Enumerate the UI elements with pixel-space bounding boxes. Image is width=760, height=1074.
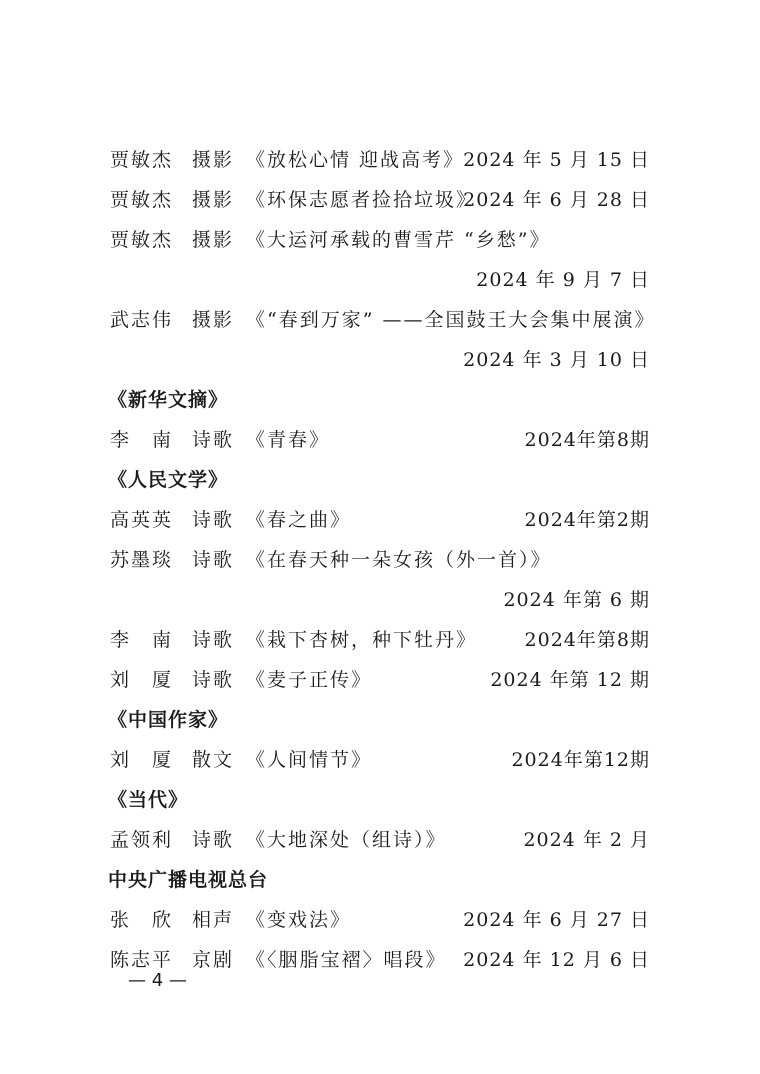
entry-date: 2024年第8期: [525, 626, 650, 654]
entry-date: 2024 年 3 月 10 日: [463, 346, 650, 374]
entry-author: 张 欣: [110, 906, 173, 934]
entry-genre: 诗歌: [192, 426, 234, 454]
entry-author: 高英英: [110, 506, 173, 534]
entry-date: 2024年第12期: [511, 746, 650, 774]
entry-row: 苏墨琰 诗歌 《在春天种一朵女孩（外一首）》: [110, 546, 650, 574]
entry-date: 2024年第8期: [525, 426, 650, 454]
entry-date: 2024 年 12 月 6 日: [463, 946, 650, 974]
entry-author: 贾敏杰: [110, 146, 173, 174]
entry-row: 贾敏杰 摄影 《放松心情 迎战高考》 2024 年 5 月 15 日: [110, 146, 650, 174]
entry-date: 2024年第2期: [525, 506, 650, 534]
entry-title: 《大运河承载的曹雪芹 “乡愁”》: [246, 226, 550, 254]
entry-genre: 诗歌: [192, 506, 234, 534]
entry-row: 高英英 诗歌 《春之曲》 2024年第2期: [110, 506, 650, 534]
entry-row: 刘 厦 诗歌 《麦子正传》 2024 年第 12 期: [110, 666, 650, 694]
entry-genre: 诗歌: [192, 546, 234, 574]
entry-author: 贾敏杰: [110, 186, 173, 214]
entry-row: 李 南 诗歌 《栽下杏树，种下牡丹》 2024年第8期: [110, 626, 650, 654]
section-heading: 《人民文学》: [108, 466, 228, 494]
entry-title: 《〈胭脂宝褶〉唱段》: [246, 946, 447, 974]
entry-genre: 摄影: [192, 186, 234, 214]
entry-author: 刘 厦: [110, 746, 173, 774]
entry-date: 2024 年第 12 期: [490, 666, 650, 694]
entry-date: 2024 年 2 月: [523, 826, 650, 854]
entry-title: 《在春天种一朵女孩（外一首）》: [246, 546, 552, 574]
entry-author: 苏墨琰: [110, 546, 173, 574]
page-number: — 4 —: [128, 968, 187, 994]
section-heading: 《当代》: [108, 786, 188, 814]
entry-genre: 散文: [192, 746, 234, 774]
entry-title: 《变戏法》: [246, 906, 351, 934]
entry-title: 《青春》: [246, 426, 330, 454]
entry-title: 《大地深处（组诗）》: [246, 826, 447, 854]
entry-title: 《春之曲》: [246, 506, 351, 534]
entry-author: 李 南: [110, 426, 173, 454]
section-heading: 中央广播电视总台: [108, 866, 268, 894]
entry-row: 贾敏杰 摄影 《大运河承载的曹雪芹 “乡愁”》: [110, 226, 650, 254]
entry-genre: 摄影: [192, 226, 234, 254]
section-heading: 《中国作家》: [108, 706, 228, 734]
section-heading: 《新华文摘》: [108, 386, 228, 414]
entry-row: 孟领利 诗歌 《大地深处（组诗）》 2024 年 2 月: [110, 826, 650, 854]
entry-row: 李 南 诗歌 《青春》 2024年第8期: [110, 426, 650, 454]
entry-author: 李 南: [110, 626, 173, 654]
entry-title: 《人间情节》: [246, 746, 372, 774]
entry-row: 贾敏杰 摄影 《环保志愿者捡拾垃圾》 2024 年 6 月 28 日: [110, 186, 650, 214]
entry-date: 2024 年 6 月 27 日: [463, 906, 650, 934]
entry-date: 2024 年 9 月 7 日: [476, 266, 650, 294]
entry-genre: 摄影: [192, 146, 234, 174]
entry-genre: 京剧: [192, 946, 234, 974]
entry-author: 孟领利: [110, 826, 173, 854]
entry-genre: 相声: [192, 906, 234, 934]
entry-date: 2024 年 6 月 28 日: [463, 186, 650, 214]
document-page: 贾敏杰 摄影 《放松心情 迎战高考》 2024 年 5 月 15 日 贾敏杰 摄…: [0, 0, 760, 1074]
entry-title: 《“春到万家” ——全国鼓王大会集中展演》: [246, 306, 655, 334]
entry-date: 2024 年第 6 期: [503, 586, 650, 614]
entry-genre: 诗歌: [192, 826, 234, 854]
entry-date: 2024 年 5 月 15 日: [463, 146, 650, 174]
entry-title: 《栽下杏树，种下牡丹》: [246, 626, 477, 654]
entry-row: 张 欣 相声 《变戏法》 2024 年 6 月 27 日: [110, 906, 650, 934]
entry-row: 武志伟 摄影 《“春到万家” ——全国鼓王大会集中展演》: [110, 306, 650, 334]
entry-genre: 诗歌: [192, 666, 234, 694]
entry-author: 武志伟: [110, 306, 173, 334]
entry-genre: 诗歌: [192, 626, 234, 654]
entry-genre: 摄影: [192, 306, 234, 334]
entry-title: 《环保志愿者捡拾垃圾》: [246, 186, 477, 214]
entry-author: 刘 厦: [110, 666, 173, 694]
entry-row: 陈志平 京剧 《〈胭脂宝褶〉唱段》 2024 年 12 月 6 日: [110, 946, 650, 974]
entry-title: 《放松心情 迎战高考》: [246, 146, 464, 174]
entry-row: 刘 厦 散文 《人间情节》 2024年第12期: [110, 746, 650, 774]
entry-author: 贾敏杰: [110, 226, 173, 254]
entry-title: 《麦子正传》: [246, 666, 372, 694]
